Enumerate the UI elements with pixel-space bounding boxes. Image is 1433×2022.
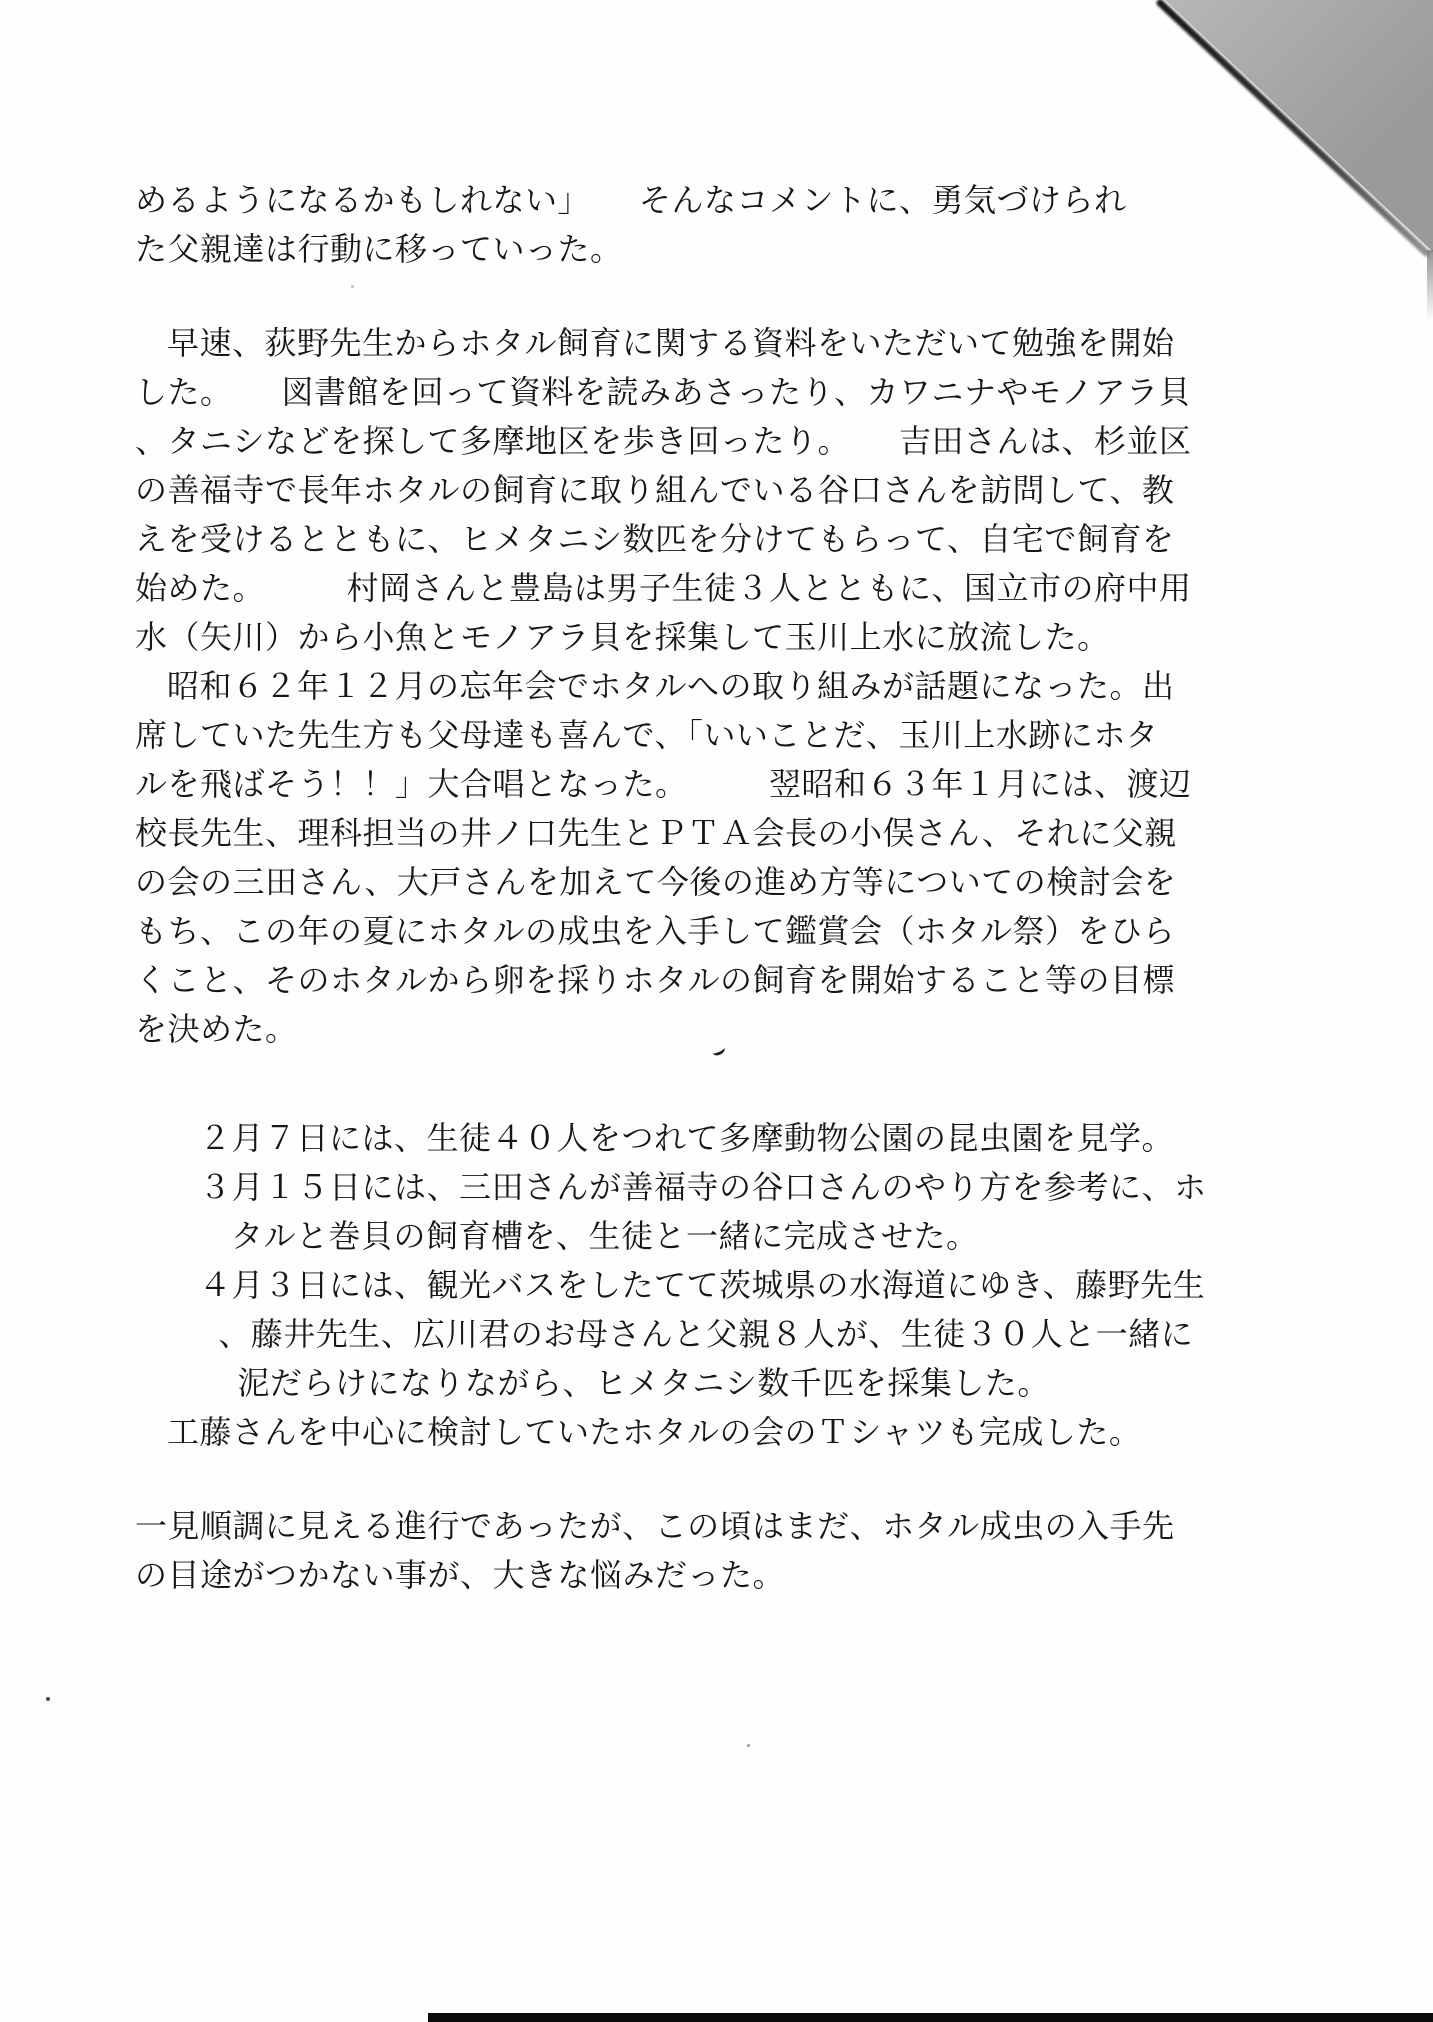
document-text: めるようになるかもしれない」 そんなコメントに、勇気づけられた父親達は行動に移っ…	[135, 176, 1205, 1600]
text-line: もち、この年の夏にホタルの成虫を入手して鑑賞会（ホタル祭）をひら	[135, 907, 1205, 956]
text-line: 昭和６２年１２月の忘年会でホタルへの取り組みが話題になった。出	[135, 662, 1205, 711]
text-line: した。 図書館を回って資料を読みあさったり、カワニナやモノアラ貝	[135, 368, 1205, 417]
text-line: 泥だらけになりながら、ヒメタニシ数千匹を採集した。	[135, 1359, 1205, 1408]
scan-speck	[351, 285, 354, 288]
scan-speck	[747, 1744, 750, 1747]
text-line: 、タニシなどを探して多摩地区を歩き回ったり。 吉田さんは、杉並区	[135, 417, 1205, 466]
text-line: を決めた。	[135, 1005, 1205, 1054]
text-line: 工藤さんを中心に検討していたホタルの会のＴシャツも完成した。	[135, 1408, 1205, 1457]
text-line: ４月３日には、観光バスをしたてて茨城県の水海道にゆき、藤野先生	[135, 1261, 1205, 1310]
text-line: 水（矢川）から小魚とモノアラ貝を採集して玉川上水に放流した。	[135, 613, 1205, 662]
page-corner-fold	[1165, 0, 1433, 252]
text-line: た父親達は行動に移っていった。	[135, 225, 1205, 274]
text-line: 一見順調に見える進行であったが、この頃はまだ、ホタル成虫の入手先	[135, 1502, 1205, 1551]
text-line: めるようになるかもしれない」 そんなコメントに、勇気づけられ	[135, 176, 1205, 225]
text-line: えを受けるとともに、ヒメタニシ数匹を分けてもらって、自宅で飼育を	[135, 515, 1205, 564]
text-line: の目途がつかない事が、大きな悩みだった。	[135, 1551, 1205, 1600]
text-line: 早速、荻野先生からホタル飼育に関する資料をいただいて勉強を開始	[135, 319, 1205, 368]
scan-edge-bar	[428, 2013, 1433, 2022]
scan-speck	[46, 1697, 50, 1701]
page-edge-shadow	[1427, 250, 1433, 320]
text-line: くこと、そのホタルから卵を採りホタルの飼育を開始すること等の目標	[135, 956, 1205, 1005]
text-line: 始めた。 村岡さんと豊島は男子生徒３人とともに、国立市の府中用	[135, 564, 1205, 613]
text-line: 、藤井先生、広川君のお母さんと父親８人が、生徒３０人と一緒に	[135, 1310, 1205, 1359]
text-line: タルと巻貝の飼育槽を、生徒と一緒に完成させた。	[135, 1212, 1205, 1261]
text-line: 席していた先生方も父母達も喜んで、「いいことだ、玉川上水跡にホタ	[135, 711, 1205, 760]
text-line: 校長先生、理科担当の井ノ口先生とＰＴＡ会長の小俣さん、それに父親	[135, 809, 1205, 858]
text-line: ３月１５日には、三田さんが善福寺の谷口さんのやり方を参考に、ホ	[135, 1163, 1205, 1212]
text-line: の善福寺で長年ホタルの飼育に取り組んでいる谷口さんを訪問して、教	[135, 466, 1205, 515]
text-line: ２月７日には、生徒４０人をつれて多摩動物公園の昆虫園を見学。	[135, 1114, 1205, 1163]
scanned-page: めるようになるかもしれない」 そんなコメントに、勇気づけられた父親達は行動に移っ…	[0, 0, 1433, 2022]
text-line: の会の三田さん、大戸さんを加えて今後の進め方等についての検討会を	[135, 858, 1205, 907]
text-line: ルを飛ばそう！！」大合唱となった。 翌昭和６３年１月には、渡辺	[135, 760, 1205, 809]
